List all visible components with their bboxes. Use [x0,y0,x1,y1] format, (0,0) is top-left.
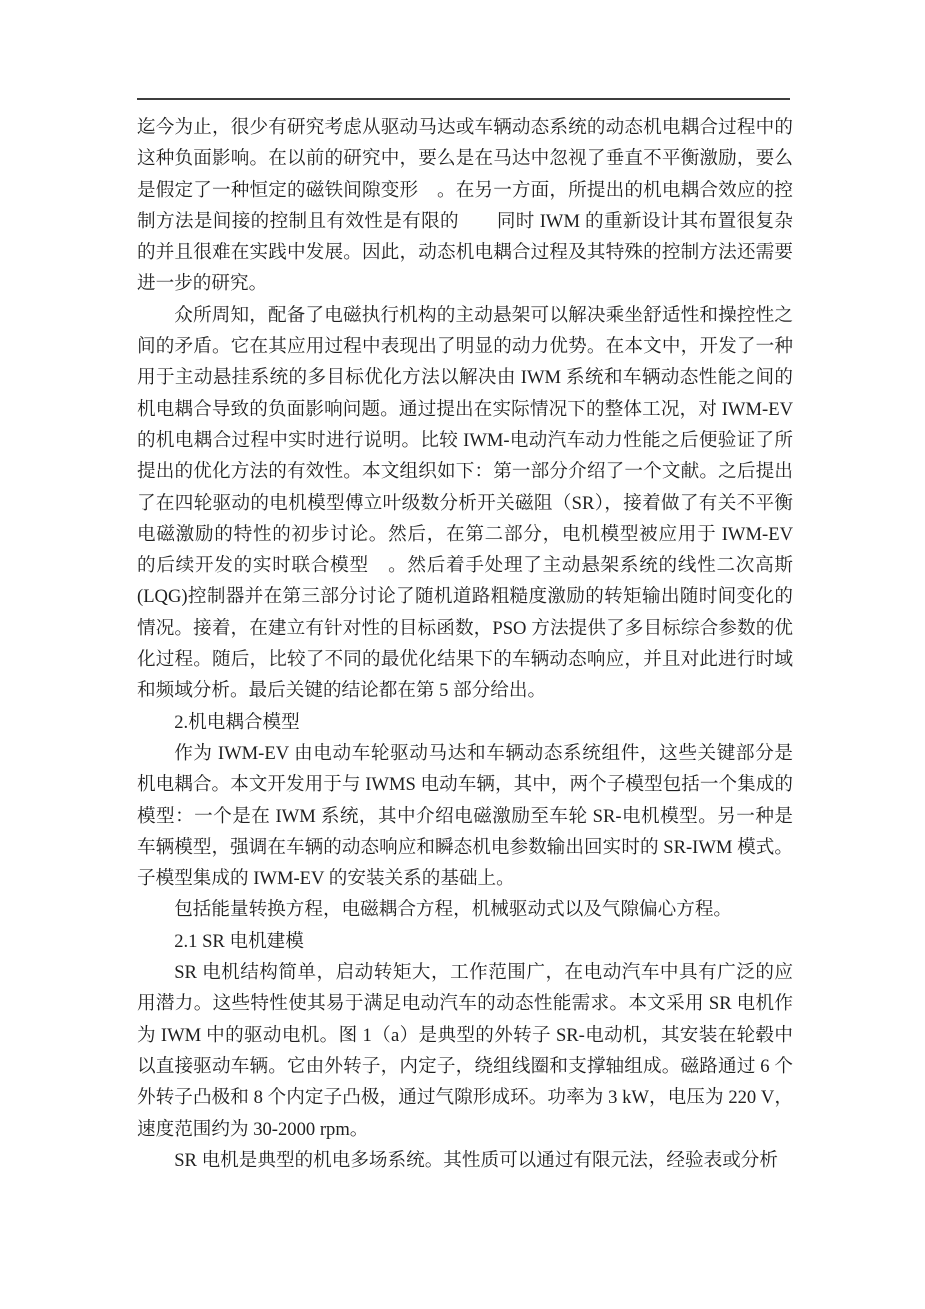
header-separator-line [137,98,790,100]
paragraph: 众所周知，配备了电磁执行机构的主动悬架可以解决乘坐舒适性和操控性之间的矛盾。它在… [137,300,793,707]
text-block: 迄今为止，很少有研究考虑从驱动马达或车辆动态系统的动态机电耦合过程中的这种负面影… [137,112,793,1176]
paragraph: 作为 IWM-EV 由电动车轮驱动马达和车辆动态系统组件，这些关键部分是机电耦合… [137,738,793,894]
paragraph: 包括能量转换方程，电磁耦合方程，机械驱动式以及气隙偏心方程。 [137,894,793,925]
paragraph: SR 电机结构简单，启动转矩大，工作范围广，在电动汽车中具有广泛的应用潜力。这些… [137,957,793,1145]
section-heading: 2.机电耦合模型 [137,707,793,738]
paragraph: 迄今为止，很少有研究考虑从驱动马达或车辆动态系统的动态机电耦合过程中的这种负面影… [137,112,793,300]
paragraph: SR 电机是典型的机电多场系统。其性质可以通过有限元法，经验表或分析 [137,1145,793,1176]
subsection-heading: 2.1 SR 电机建模 [137,926,793,957]
document-page: 迄今为止，很少有研究考虑从驱动马达或车辆动态系统的动态机电耦合过程中的这种负面影… [0,0,925,1309]
